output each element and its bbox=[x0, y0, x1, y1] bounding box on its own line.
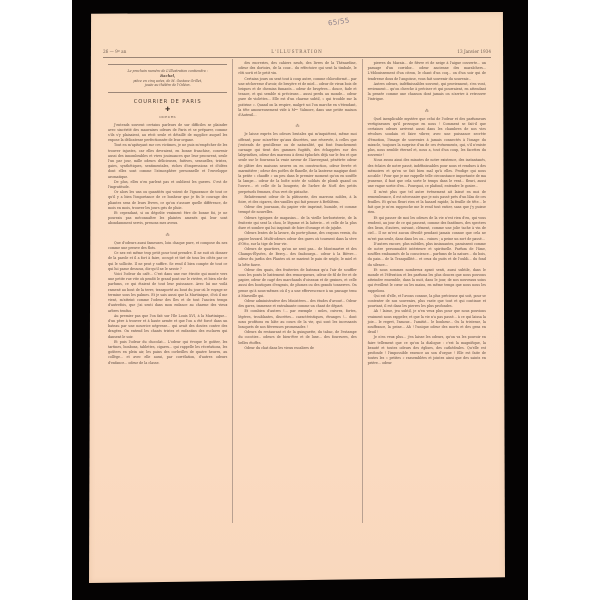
article-paragraph: Et qui passer de moi les odeurs de la vi… bbox=[368, 216, 486, 242]
issue-date: 13 Janvier 1934 bbox=[457, 49, 491, 54]
article-paragraph: Qui est d'elle, et l'avons connue, la pl… bbox=[368, 294, 486, 310]
notice-intro: Le prochain numéro de L'Illustration con… bbox=[128, 69, 208, 73]
handwritten-annotation: 65/55 bbox=[328, 17, 351, 28]
article-paragraph: Tout en m'apitoyant sur ces victimes, je… bbox=[108, 143, 227, 179]
article-paragraph: Et cependant, si on dégoûte vraiment êtr… bbox=[108, 211, 227, 227]
newspaper-page: 65/55 26 — 9º an L'ILLUSTRATION 13 Janvi… bbox=[89, 12, 505, 583]
article-paragraph: Ce nez est même trop petit pour tout pre… bbox=[108, 251, 227, 272]
article-paragraph: Et combien d'autres !... par exemple : m… bbox=[238, 309, 356, 330]
section-heading: ODEURS bbox=[108, 115, 227, 120]
publication-title: L'ILLUSTRATION bbox=[103, 49, 491, 54]
next-issue-notice: Le prochain numéro de L'Illustration con… bbox=[108, 64, 227, 93]
article-paragraph: Et nous sommes nombreux ayant senti, aus… bbox=[368, 268, 486, 294]
article-paragraph: pierres du Marais... de fièvre et de nei… bbox=[368, 61, 486, 82]
article-paragraph: Odeurs typiques de magasins... de la vie… bbox=[238, 216, 356, 232]
article-paragraph: Odeur des quais, des fruiteries de batea… bbox=[238, 268, 356, 299]
column-2: des encreries, des cahiers neufs, des li… bbox=[232, 59, 361, 523]
article-paragraph: Que d'odeurs aussi fameuses, loin chaque… bbox=[108, 241, 227, 251]
article-paragraph: Odeurs du restaurant et de la guinguette… bbox=[238, 330, 356, 346]
article-paragraph: Relativement odeur de la pâtisserie, des… bbox=[238, 195, 356, 205]
article-paragraph: Nous avons ainsi des minutes de notre ex… bbox=[368, 158, 486, 189]
article-paragraph: De plus, elles n'en parlent pas et oubli… bbox=[108, 180, 227, 190]
article-paragraph: Odeurs de quartiers, qu'on ne sent pas..… bbox=[238, 247, 356, 268]
article-paragraph: Quel inexplicable mystère que celui de l… bbox=[368, 117, 486, 159]
asterism-separator: ⁂ bbox=[108, 232, 227, 237]
article-paragraph: Je n'en veux plus... j'en laisse les ode… bbox=[368, 335, 486, 366]
column-1: Le prochain numéro de L'Illustration con… bbox=[103, 59, 232, 523]
article-paragraph: Certains jours on sent tout à coup autre… bbox=[238, 77, 356, 119]
article-paragraph: Je laisse exprès les odeurs brutales qui… bbox=[238, 132, 356, 194]
asterism-separator: ⁂ bbox=[238, 123, 356, 128]
article-paragraph: D'autres encore, plus subtiles, plus ins… bbox=[368, 242, 486, 268]
article-paragraph: Odeur administrative des Ministères... d… bbox=[238, 299, 356, 309]
article-paragraph: J'entends souvent certains parleurs de s… bbox=[108, 123, 227, 144]
article-paragraph: Et puis l'odeur du chocolat... L'odeur q… bbox=[108, 340, 227, 366]
article-paragraph: Odeurs lentes de la lavure, du porte-plu… bbox=[238, 231, 356, 247]
article-paragraph: Autres odeurs, indéfinissables souvent, … bbox=[368, 82, 486, 103]
notice-details-1: pièce en cinq actes, de M. Gustave Grill… bbox=[133, 79, 202, 83]
asterism-separator: ⁂ bbox=[368, 108, 486, 113]
cross-ornament-icon: ✚ bbox=[108, 106, 227, 113]
rubric-title: COURRIER DE PARIS bbox=[108, 100, 227, 105]
article-paragraph: Ah ! laisse, jeu subtil, je n'en veux pl… bbox=[368, 309, 486, 335]
column-3: pierres du Marais... de fièvre et de nei… bbox=[362, 59, 491, 523]
article-paragraph: des encreries, des cahiers neufs, des li… bbox=[238, 61, 356, 77]
header-rule bbox=[103, 57, 491, 58]
article-paragraph: Or alors les uns ou quantités qui voient… bbox=[108, 190, 227, 211]
article-paragraph: Il m'est plus que tel autre événement ai… bbox=[368, 190, 486, 216]
article-paragraph: Voici l'odeur du café... C'est dans une … bbox=[108, 272, 227, 314]
notice-details-2: jouée au théâtre de l'Odéon. bbox=[145, 83, 191, 87]
article-paragraph: Au premier pas que l'on fait sur l'île L… bbox=[108, 314, 227, 340]
article-paragraph: Odeur du chat dans les vieux escaliers d… bbox=[238, 346, 356, 351]
article-columns: Le prochain numéro de L'Illustration con… bbox=[103, 59, 491, 523]
article-paragraph: Odeur des journaux, du papier vite impri… bbox=[238, 205, 356, 215]
